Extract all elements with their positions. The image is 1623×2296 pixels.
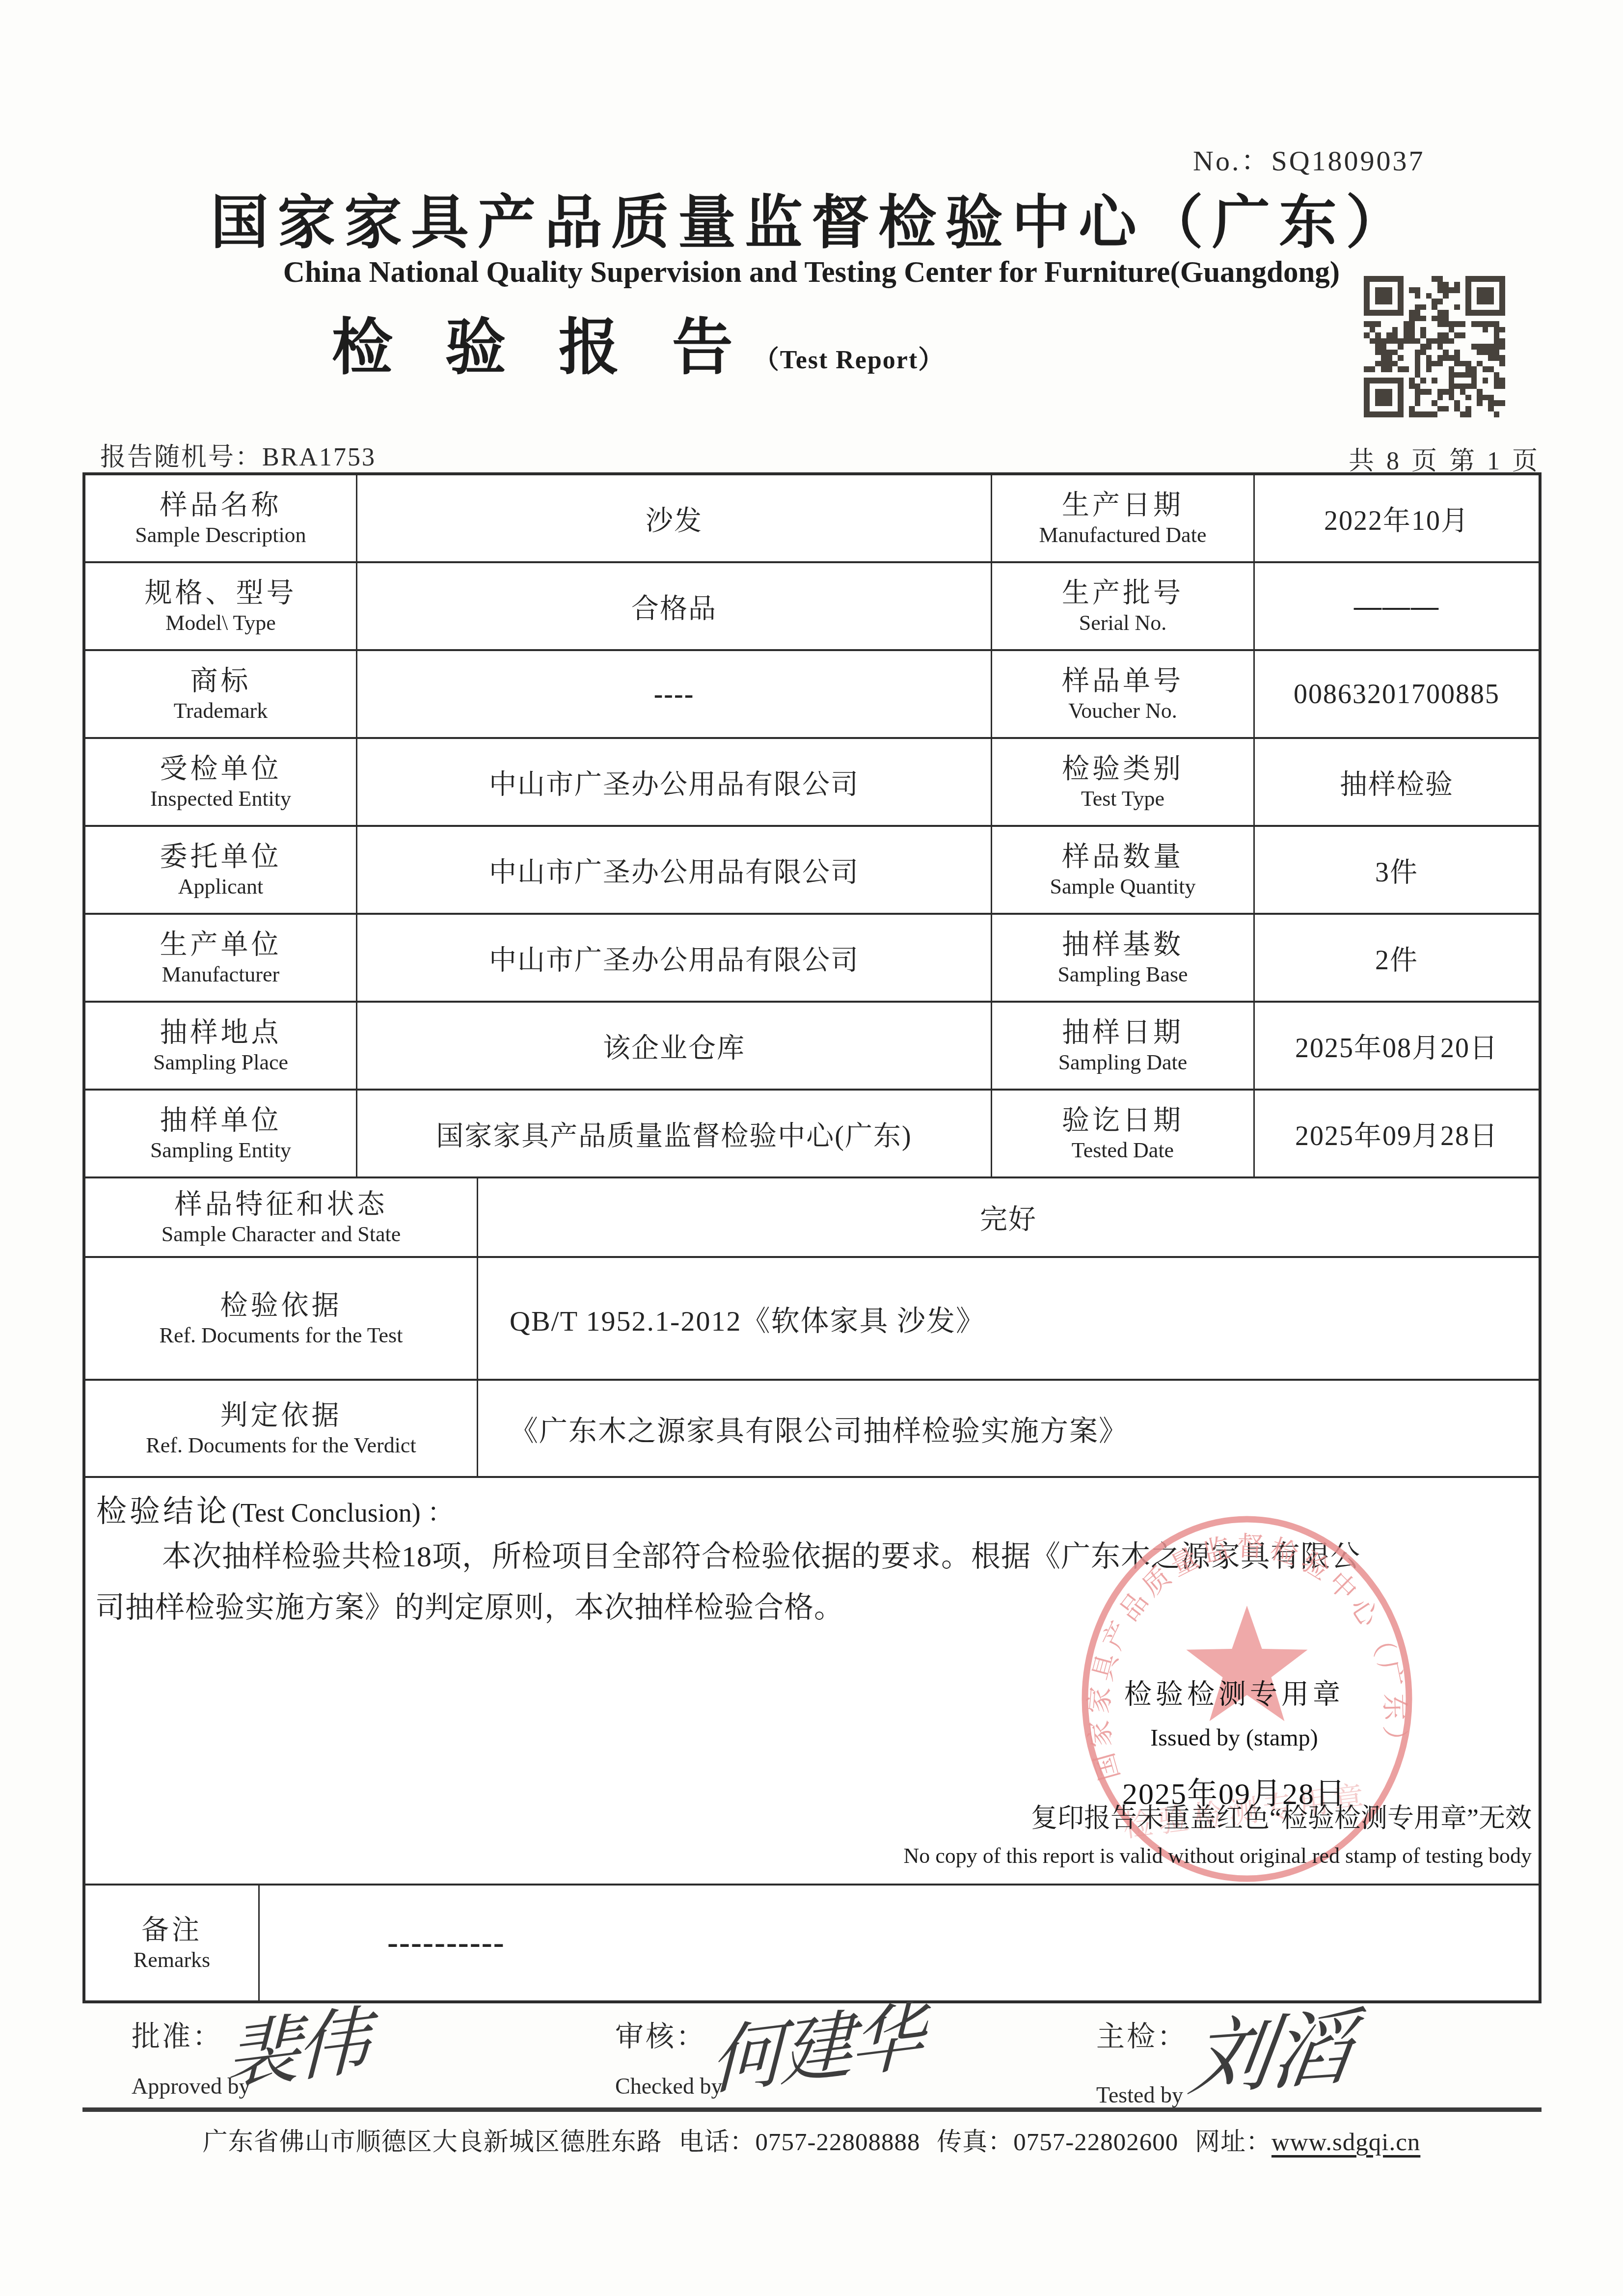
- table-row: 规格、型号Model\ Type 合格品 生产批号Serial No. ———: [85, 563, 1539, 651]
- table-row: 判定依据Ref. Documents for the Verdict 《广东木之…: [85, 1381, 1539, 1478]
- test-report-page: No.：SQ1809037 国家家具产品质量监督检验中心（广东） China N…: [0, 0, 1623, 2296]
- label-test-type: 检验类别Test Type: [992, 739, 1255, 825]
- table-row: 生产单位Manufacturer 中山市广圣办公用品有限公司 抽样基数Sampl…: [85, 915, 1539, 1003]
- footer-fax: 传真：0757-22802600: [937, 2129, 1178, 2156]
- label-manufacturer: 生产单位Manufacturer: [85, 915, 357, 1001]
- signature-checked: 审核：何建华 Checked by: [615, 2013, 921, 2099]
- value-tested-date: 2025年09月28日: [1255, 1091, 1539, 1176]
- table-row: 备注Remarks ----------: [85, 1886, 1539, 2000]
- conclusion-text-line1: 本次抽样检验共检18项，所检项目全部符合检验依据的要求。根据《广东木之源家具有限…: [162, 1533, 1360, 1575]
- report-serial-number: No.：SQ1809037: [1193, 137, 1425, 179]
- footer-tel: 电话：0757-22808888: [678, 2129, 920, 2156]
- label-remarks: 备注Remarks: [85, 1886, 260, 2000]
- label-sampling-entity: 抽样单位Sampling Entity: [85, 1091, 357, 1176]
- value-trademark: ----: [357, 651, 992, 737]
- page-count: 共 8 页 第 1 页: [1349, 440, 1541, 477]
- value-manufacturer: 中山市广圣办公用品有限公司: [357, 915, 992, 1001]
- conclusion-section: 检验结论 (Test Conclusion) ： 本次抽样检验共检18项，所检项…: [85, 1478, 1539, 1886]
- label-applicant: 委托单位Applicant: [85, 827, 357, 913]
- copy-notice-en: No copy of this report is valid without …: [904, 1843, 1532, 1868]
- footer-divider: [82, 2107, 1542, 2112]
- label-serial-no: 生产批号Serial No.: [992, 563, 1255, 649]
- report-title-cn: 检 验 报 告: [332, 314, 752, 382]
- table-row: 样品特征和状态Sample Character and State 完好: [85, 1178, 1539, 1258]
- value-sample-description: 沙发: [357, 475, 992, 561]
- stamp-caption: 检验检测专用章 Issued by (stamp) 2025年09月28日: [1072, 1672, 1396, 1813]
- qr-code-icon: [1364, 276, 1505, 417]
- label-ref-documents-test: 检验依据Ref. Documents for the Test: [85, 1258, 478, 1379]
- label-sampling-base: 抽样基数Sampling Base: [992, 915, 1255, 1001]
- stamp-caption-en: Issued by (stamp): [1072, 1724, 1396, 1751]
- conclusion-heading: 检验结论 (Test Conclusion) ：: [96, 1487, 454, 1531]
- table-row: 委托单位Applicant 中山市广圣办公用品有限公司 样品数量Sample Q…: [85, 827, 1539, 915]
- table-row: 样品名称Sample Description 沙发 生产日期Manufactur…: [85, 475, 1539, 563]
- label-voucher-no: 样品单号Voucher No.: [992, 651, 1255, 737]
- table-row: 抽样地点Sampling Place 该企业仓库 抽样日期Sampling Da…: [85, 1003, 1539, 1091]
- value-remarks: ----------: [260, 1886, 1539, 2000]
- table-row: 商标Trademark ---- 样品单号Voucher No. 0086320…: [85, 651, 1539, 739]
- value-sampling-place: 该企业仓库: [357, 1003, 992, 1089]
- checker-signature: 何建华: [709, 2000, 921, 2100]
- label-tested-date: 验讫日期Tested Date: [992, 1091, 1255, 1176]
- footer-website: www.sdgqi.cn: [1271, 2129, 1420, 2156]
- value-serial-no: ———: [1255, 563, 1539, 649]
- label-ref-documents-verdict: 判定依据Ref. Documents for the Verdict: [85, 1381, 478, 1476]
- report-title-en: （Test Report）: [754, 346, 945, 374]
- stamp-caption-cn: 检验检测专用章: [1072, 1672, 1396, 1712]
- footer-contact: 广东省佛山市顺德区大良新城区德胜东路 电话：0757-22808888 传真：0…: [0, 2121, 1623, 2158]
- tester-signature: 刘滔: [1185, 2007, 1355, 2102]
- table-row: 受检单位Inspected Entity 中山市广圣办公用品有限公司 检验类别T…: [85, 739, 1539, 827]
- label-inspected-entity: 受检单位Inspected Entity: [85, 739, 357, 825]
- value-ref-documents-test: QB/T 1952.1-2012《软体家具 沙发》: [478, 1258, 1539, 1379]
- value-voucher-no: 00863201700885: [1255, 651, 1539, 737]
- approver-signature: 裴伟: [226, 2004, 368, 2096]
- value-sampling-date: 2025年08月20日: [1255, 1003, 1539, 1089]
- value-sample-character: 完好: [478, 1178, 1539, 1256]
- value-sampling-entity: 国家家具产品质量监督检验中心(广东): [357, 1091, 992, 1176]
- footer-web-label: 网址：: [1195, 2129, 1271, 2156]
- label-manufactured-date: 生产日期Manufactured Date: [992, 475, 1255, 561]
- footer-address: 广东省佛山市顺德区大良新城区德胜东路: [203, 2129, 662, 2156]
- value-inspected-entity: 中山市广圣办公用品有限公司: [357, 739, 992, 825]
- label-sampling-date: 抽样日期Sampling Date: [992, 1003, 1255, 1089]
- label-sampling-place: 抽样地点Sampling Place: [85, 1003, 357, 1089]
- conclusion-text-line2: 司抽样检验实施方案》的判定原则，本次抽样检验合格。: [95, 1584, 844, 1626]
- value-sample-quantity: 3件: [1255, 827, 1539, 913]
- label-sample-quantity: 样品数量Sample Quantity: [992, 827, 1255, 913]
- report-random-number: 报告随机号：BRA1753: [100, 436, 376, 473]
- signature-row: 批准：裴伟 Approved by 审核：何建华 Checked by 主检：刘…: [82, 1999, 1542, 2109]
- label-sample-character: 样品特征和状态Sample Character and State: [85, 1178, 478, 1256]
- org-title-cn: 国家家具产品质量监督检验中心（广东）: [0, 176, 1623, 259]
- copy-notice-cn: 复印报告未重盖红色“检验检测专用章”无效: [1031, 1797, 1532, 1835]
- label-model-type: 规格、型号Model\ Type: [85, 563, 357, 649]
- table-row: 检验依据Ref. Documents for the Test QB/T 195…: [85, 1258, 1539, 1381]
- value-ref-documents-verdict: 《广东木之源家具有限公司抽样检验实施方案》: [478, 1381, 1539, 1476]
- value-applicant: 中山市广圣办公用品有限公司: [357, 827, 992, 913]
- signature-approved: 批准：裴伟 Approved by: [132, 2013, 367, 2099]
- value-test-type: 抽样检验: [1255, 739, 1539, 825]
- report-table: 样品名称Sample Description 沙发 生产日期Manufactur…: [82, 472, 1542, 2003]
- value-sampling-base: 2件: [1255, 915, 1539, 1001]
- value-model-type: 合格品: [357, 563, 992, 649]
- label-sample-description: 样品名称Sample Description: [85, 475, 357, 561]
- signature-tested: 主检：刘滔 Tested by: [1096, 2013, 1350, 2108]
- value-manufactured-date: 2022年10月: [1255, 475, 1539, 561]
- report-title: 检 验 报 告 （Test Report）: [0, 299, 1276, 386]
- table-row: 抽样单位Sampling Entity 国家家具产品质量监督检验中心(广东) 验…: [85, 1091, 1539, 1178]
- label-trademark: 商标Trademark: [85, 651, 357, 737]
